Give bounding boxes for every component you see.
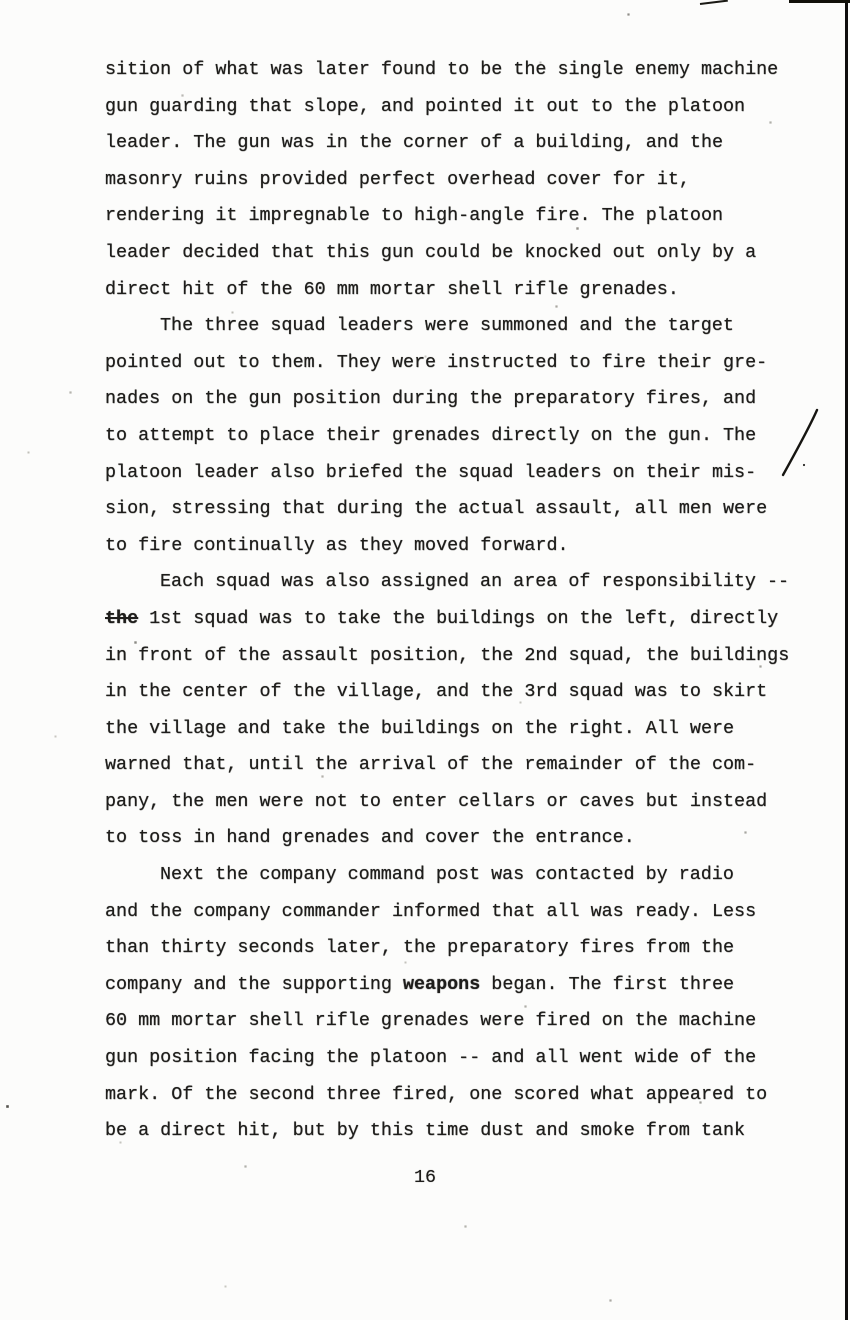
text-line: 60 mm mortar shell rifle grenades were f… [105, 1003, 815, 1040]
text-line: The three squad leaders were summoned an… [105, 308, 815, 345]
text-line: warned that, until the arrival of the re… [105, 747, 815, 784]
text-line: and the company commander informed that … [105, 894, 815, 931]
overstruck-word: the [105, 608, 138, 629]
text-line: nades on the gun position during the pre… [105, 381, 815, 418]
text-line: than thirty seconds later, the preparato… [105, 930, 815, 967]
text-line: rendering it impregnable to high-angle f… [105, 198, 815, 235]
text-line: mark. Of the second three fired, one sco… [105, 1077, 815, 1114]
text-line: in the center of the village, and the 3r… [105, 674, 815, 711]
typewritten-text-block: sition of what was later found to be the… [105, 52, 815, 1150]
text-line: Each squad was also assigned an area of … [105, 564, 815, 601]
handwritten-slash-mark [770, 398, 830, 486]
text-line: gun position facing the platoon -- and a… [105, 1040, 815, 1077]
text-line-with-overstrike: the 1st squad was to take the buildings … [105, 601, 815, 638]
top-right-edge-scan-strip [789, 0, 850, 3]
text-line: Next the company command post was contac… [105, 857, 815, 894]
right-edge-scan-line [845, 0, 848, 1320]
text-segment: began. The first three [480, 974, 734, 995]
text-line: leader decided that this gun could be kn… [105, 235, 815, 272]
text-line: platoon leader also briefed the squad le… [105, 455, 815, 492]
bold-overstruck-word: weapons [403, 974, 480, 995]
text-segment: company and the supporting [105, 974, 403, 995]
text-line: pany, the men were not to enter cellars … [105, 784, 815, 821]
top-edge-scan-mark [700, 0, 728, 5]
text-line: pointed out to them. They were instructe… [105, 345, 815, 382]
scanned-document-page: sition of what was later found to be the… [0, 0, 850, 1320]
text-line: to fire continually as they moved forwar… [105, 528, 815, 565]
text-line: sion, stressing that during the actual a… [105, 491, 815, 528]
text-line: be a direct hit, but by this time dust a… [105, 1113, 815, 1150]
text-line: sition of what was later found to be the… [105, 52, 815, 89]
text-line: in front of the assault position, the 2n… [105, 638, 815, 675]
paper-noise-specks [0, 0, 1, 1]
text-line: to attempt to place their grenades direc… [105, 418, 815, 455]
text-segment: 1st squad was to take the buildings on t… [138, 608, 778, 629]
text-line: direct hit of the 60 mm mortar shell rif… [105, 272, 815, 309]
text-line-with-bold-word: company and the supporting weapons began… [105, 967, 815, 1004]
text-line: gun guarding that slope, and pointed it … [105, 89, 815, 126]
text-line: leader. The gun was in the corner of a b… [105, 125, 815, 162]
text-line: the village and take the buildings on th… [105, 711, 815, 748]
text-line: to toss in hand grenades and cover the e… [105, 820, 815, 857]
text-line: masonry ruins provided perfect overhead … [105, 162, 815, 199]
page-number: 16 [0, 1160, 850, 1197]
